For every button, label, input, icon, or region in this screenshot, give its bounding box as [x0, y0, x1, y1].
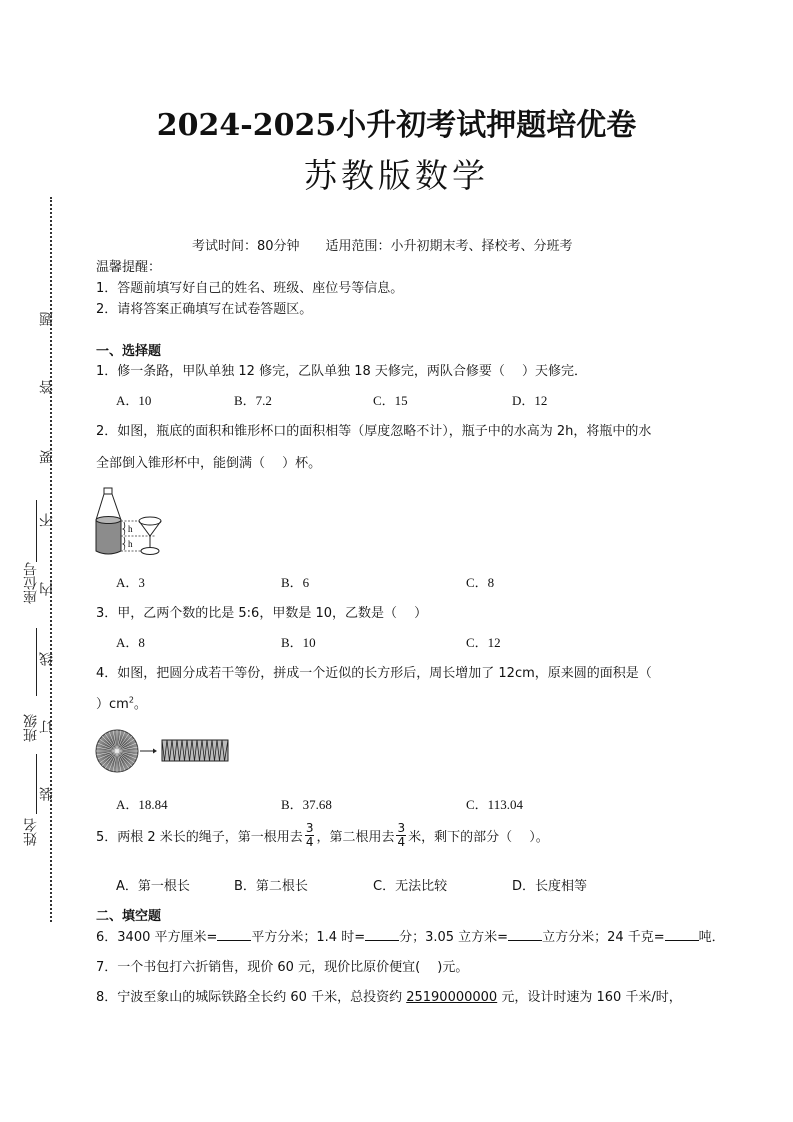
question-6: 6．3400 平方厘米=平方分米；1.4 时=分；3.05 立方米=立方分米；2…: [96, 926, 725, 945]
section-title-choice: 一、选择题: [96, 340, 161, 359]
q4-option-a[interactable]: A．18.84: [116, 794, 168, 813]
q5-option-d[interactable]: D．长度相等: [512, 875, 587, 894]
margin-char: 线: [40, 652, 54, 666]
question-1: 1．修一条路，甲队单独 12 修完，乙队单独 18 天修完，两队合修要（ ）天修…: [96, 360, 587, 379]
q1-option-a[interactable]: A．10: [116, 390, 151, 409]
reminder-label: 温馨提醒：: [96, 256, 161, 275]
q2-option-a[interactable]: A．3: [116, 572, 145, 591]
exam-subtitle: 苏教版数学: [0, 150, 793, 197]
q1-option-b[interactable]: B．7.2: [234, 390, 272, 409]
binding-dotted-line: [50, 197, 52, 922]
circle-to-rectangle-figure: [95, 729, 235, 775]
question-3: 3．甲，乙两个数的比是 5:6，甲数是 10，乙数是（ ）: [96, 602, 427, 621]
fraction-3-4: 34: [305, 822, 315, 849]
answer-blank[interactable]: [665, 929, 699, 941]
q5-text-a: 5．两根 2 米长的绳子，第一根用去: [96, 826, 303, 845]
q5-option-a[interactable]: A．第一根长: [116, 875, 190, 894]
q4-unit: ）cm: [96, 697, 129, 712]
margin-char: 要: [40, 450, 54, 464]
exam-scope: 适用范围：小升初期末考、择校考、分班考: [326, 239, 573, 254]
exam-title: 2024-2025小升初考试押题培优卷: [0, 100, 793, 144]
h-label-bottom: h: [128, 539, 133, 549]
exam-meta: 考试时间：80分钟适用范围：小升初期末考、择校考、分班考: [192, 235, 573, 254]
question-2-line1: 2．如图，瓶底的面积和锥形杯口的面积相等（厚度忽略不计），瓶子中的水高为 2h，…: [96, 420, 651, 439]
question-4-line1: 4．如图，把圆分成若干等份，拼成一个近似的长方形后，周长增加了 12cm，原来圆…: [96, 662, 652, 681]
investment-amount: 25190000000: [406, 990, 497, 1005]
reminder-2: 2．请将答案正确填写在试卷答题区。: [96, 298, 312, 317]
seat-number-underline[interactable]: [36, 500, 37, 562]
class-underline[interactable]: [36, 628, 37, 696]
q5-option-c[interactable]: C．无法比较: [373, 875, 447, 894]
margin-char: 答: [40, 380, 54, 394]
name-underline[interactable]: [36, 754, 37, 814]
margin-char: 装: [40, 787, 54, 801]
q2-option-b[interactable]: B．6: [281, 572, 309, 591]
q4-period: 。: [134, 697, 147, 712]
q4-option-c[interactable]: C．113.04: [466, 794, 523, 813]
margin-char: 内: [40, 582, 54, 596]
q1-option-d[interactable]: D．12: [512, 390, 547, 409]
fraction-3-4-meters: 34: [396, 822, 406, 849]
answer-blank[interactable]: [365, 929, 399, 941]
question-8: 8．宁波至象山的城际铁路全长约 60 千米，总投资约 25190000000 元…: [96, 986, 682, 1005]
q1-option-c[interactable]: C．15: [373, 390, 408, 409]
answer-blank[interactable]: [217, 929, 251, 941]
margin-char: 不: [40, 513, 54, 527]
margin-char: 题: [40, 312, 54, 326]
section-title-fill: 二、填空题: [96, 905, 161, 924]
question-4-line2: ）cm2。: [96, 693, 147, 712]
q3-option-a[interactable]: A．8: [116, 632, 145, 651]
q5-text-b: ，第二根用去: [316, 826, 394, 845]
bottle-cone-figure: h h: [94, 487, 166, 559]
exam-time: 考试时间：80分钟: [192, 239, 300, 254]
class-label: 班级: [24, 714, 38, 742]
question-7: 7．一个书包打六折销售，现价 60 元，现价比原价便宜( )元。: [96, 956, 468, 975]
q2-option-c[interactable]: C．8: [466, 572, 494, 591]
answer-blank[interactable]: [508, 929, 542, 941]
q3-option-c[interactable]: C．12: [466, 632, 501, 651]
margin-char: 订: [40, 720, 54, 734]
question-2-line2: 全部倒入锥形杯中，能倒满（ ）杯。: [96, 452, 321, 471]
name-label: 姓名: [24, 818, 38, 846]
seat-number-label: 座位号: [24, 562, 38, 604]
h-label-top: h: [128, 524, 133, 534]
q5-text-c: 米，剩下的部分（ ）。: [408, 826, 549, 845]
q3-option-b[interactable]: B．10: [281, 632, 316, 651]
question-5: 5．两根 2 米长的绳子，第一根用去 34 ，第二根用去 34 米，剩下的部分（…: [96, 822, 549, 849]
q5-option-b[interactable]: B．第二根长: [234, 875, 308, 894]
reminder-1: 1．答题前填写好自己的姓名、班级、座位号等信息。: [96, 277, 403, 296]
q4-option-b[interactable]: B．37.68: [281, 794, 332, 813]
